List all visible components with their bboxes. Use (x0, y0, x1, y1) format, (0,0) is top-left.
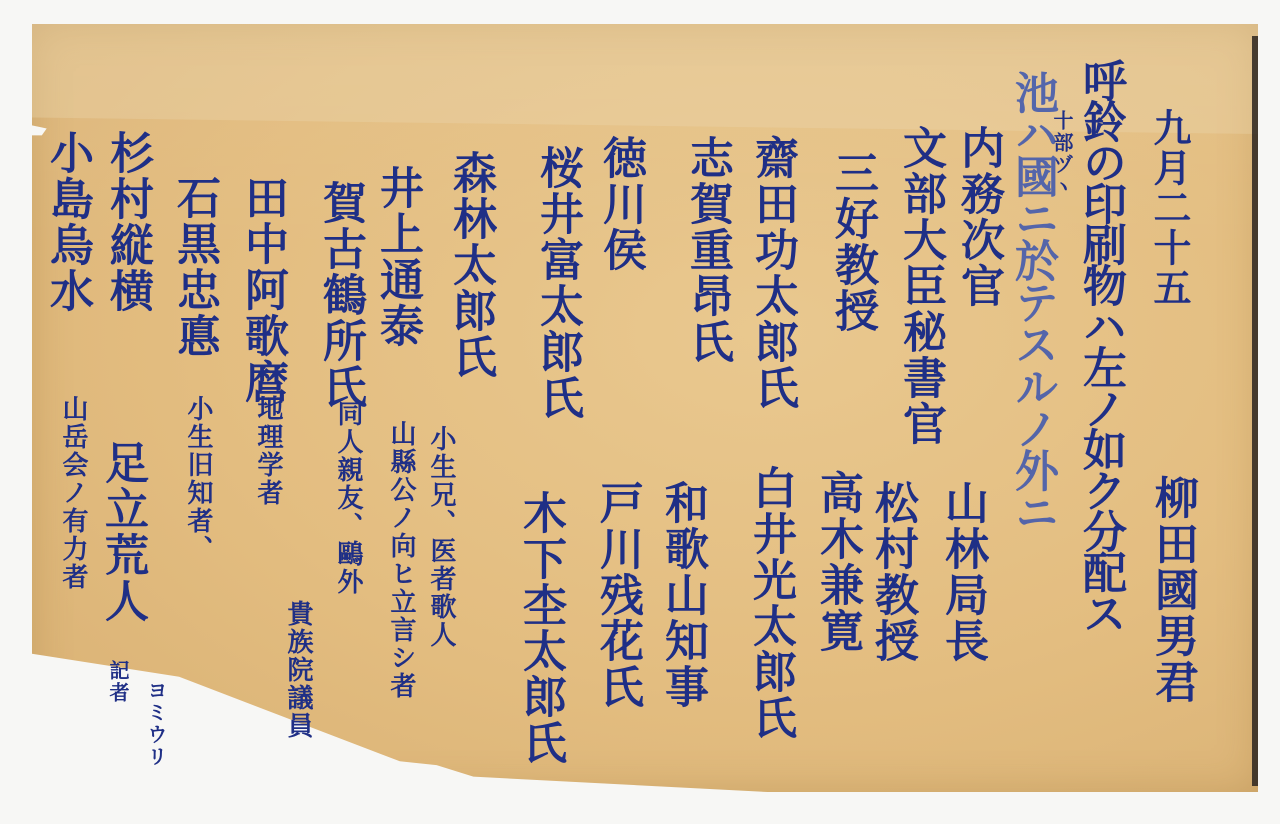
recipient-monbu-hishokan: 文部大臣秘書官 (898, 125, 942, 447)
note-kako-1: 同人親友、鷗外 (335, 400, 361, 596)
recipient-matsumura: 松村教授 (870, 480, 914, 664)
recipient-sugimura: 杉村縦横 (105, 130, 149, 314)
recipient-togawa: 戸川残花氏 (595, 480, 639, 710)
note-adachi-kisha: 記者 (108, 660, 128, 704)
recipient-shiga: 志賀重昂氏 (685, 135, 729, 365)
recipient-takagi: 高木兼寛 (815, 470, 859, 654)
addressee-line: 柳田國男君 (1150, 475, 1194, 705)
recipient-ishiguro: 石黒忠悳 (172, 175, 216, 359)
recipient-adachi: 足立荒人 (100, 440, 144, 624)
note-ishiguro: 小生旧知者、 (185, 395, 211, 563)
recipient-inoue: 井上通泰 (375, 165, 419, 349)
recipient-miyoshi: 三好教授 (830, 150, 874, 334)
recipient-tokugawa: 徳川侯 (598, 135, 642, 273)
note-kojima: 山岳会ノ有力者 (60, 395, 86, 591)
body-line-2: 池ハ國ニ於テスルノ外ニ (1010, 70, 1054, 532)
note-inoue-2: 山縣公ノ向ヒ立言シ者 (388, 420, 414, 700)
recipient-shirai: 白井光太郎氏 (748, 465, 792, 741)
note-tanaka: 地理学者 (255, 395, 281, 507)
recipient-kinoshita: 木下杢太郎氏 (518, 490, 562, 766)
recipient-saita: 齋田功太郎氏 (750, 135, 794, 411)
recipient-mori: 森林太郎氏 (448, 150, 492, 380)
paper-edge-shadow (1252, 36, 1258, 786)
note-kako-2: 貴族院議員 (285, 600, 311, 740)
recipient-sanrin-kyokucho: 山林局長 (940, 480, 984, 664)
recipient-naimu-jikan: 内務次官 (956, 125, 1000, 309)
recipient-sakurai: 桜井富太郎氏 (535, 145, 579, 421)
note-inoue-1: 小生兄、医者歌人 (428, 425, 454, 649)
recipient-kojima: 小島烏水 (45, 130, 89, 314)
recipient-wakayama-chiji: 和歌山知事 (660, 480, 704, 710)
recipient-tanaka: 田中阿歌麿 (240, 175, 284, 405)
body-line-1: 呼鈴の印刷物ハ左ノ如ク分配ス (1078, 58, 1122, 632)
recipient-kako: 賀古鶴所氏 (318, 180, 362, 410)
note-adachi-yomiuri: ヨミウリ (146, 680, 166, 768)
date-line: 九月二十五 (1150, 108, 1188, 308)
